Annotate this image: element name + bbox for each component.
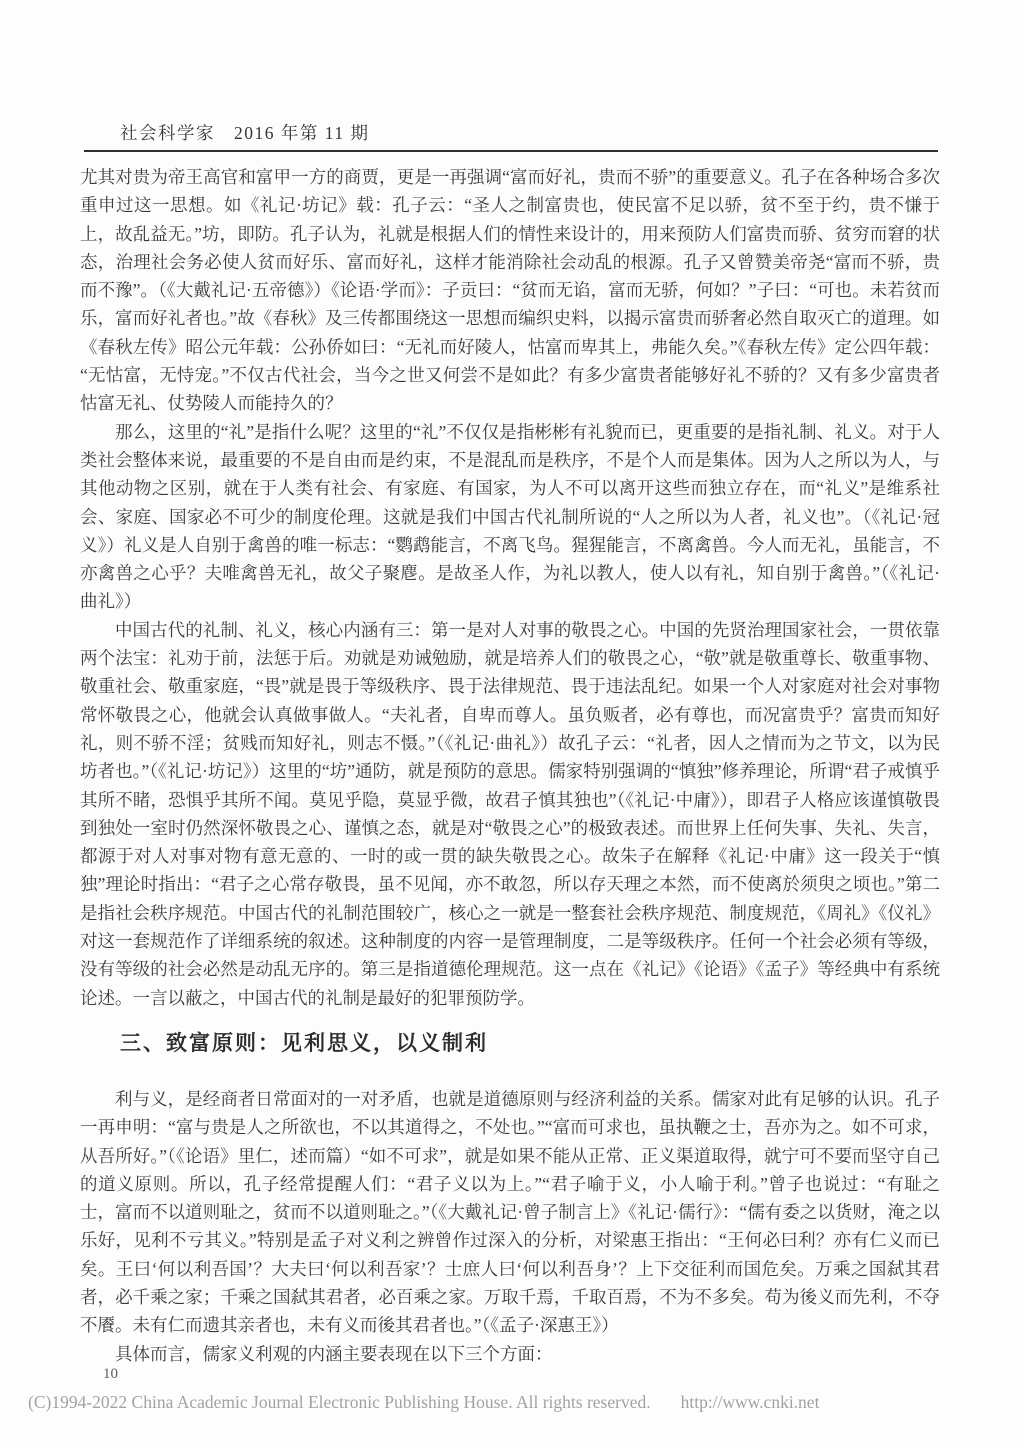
section-heading: 三、致富原则：见利思义，以义制利	[120, 1029, 940, 1059]
cnki-url: http://www.cnki.net	[681, 1392, 820, 1412]
copyright-notice: (C)1994-2022 China Academic Journal Elec…	[28, 1392, 651, 1412]
body-paragraph: 具体而言，儒家义利观的内涵主要表现在以下三个方面：	[80, 1340, 940, 1368]
page-number: 10	[103, 1366, 118, 1383]
journal-header-line: 社会科学家 2016 年第 11 期	[120, 120, 369, 145]
body-paragraph: 中国古代的礼制、礼义，核心内涵有三：第一是对人对事的敬畏之心。中国的先贤治理国家…	[80, 616, 940, 1012]
body-paragraph: 尤其对贵为帝王高官和富甲一方的商贾，更是一再强调“富而好礼，贵而不骄”的重要意义…	[80, 163, 940, 418]
journal-page: 社会科学家 2016 年第 11 期 尤其对贵为帝王高官和富甲一方的商贾，更是一…	[0, 0, 1024, 1448]
copyright-bar: (C)1994-2022 China Academic Journal Elec…	[28, 1392, 996, 1413]
body-paragraph: 利与义，是经商者日常面对的一对矛盾，也就是道德原则与经济利益的关系。儒家对此有足…	[80, 1085, 940, 1340]
body-paragraph: 那么，这里的“礼”是指什么呢？这里的“礼”不仅仅是指彬彬有礼貌而已，更重要的是指…	[80, 418, 940, 616]
header-divider	[84, 150, 938, 152]
article-body: 尤其对贵为帝王高官和富甲一方的商贾，更是一再强调“富而好礼，贵而不骄”的重要意义…	[80, 163, 940, 1368]
